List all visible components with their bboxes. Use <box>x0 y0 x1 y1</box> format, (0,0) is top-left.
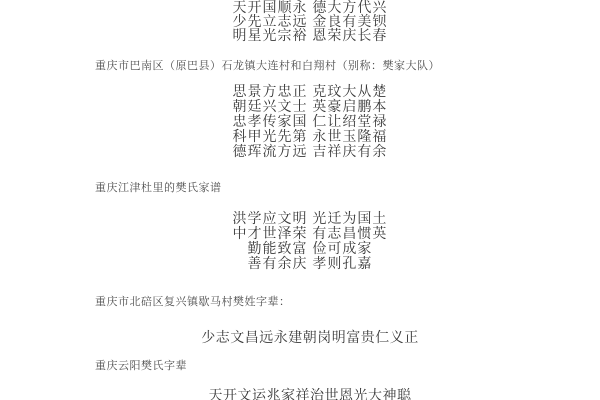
verse-line-beibei: 少志文昌远永建朝岗明富贵仁义正 <box>20 330 600 345</box>
verse-line: 少先立志远 金良有美钡 <box>20 14 600 28</box>
verse-line: 朝廷兴文士 英豪启鹏本 <box>20 99 600 114</box>
verse-line: 明星光宗裕 恩荣庆长春 <box>20 28 600 42</box>
verse-line: 德珲流方远 吉祥庆有余 <box>20 144 600 159</box>
verse-line: 勤能致富 俭可成家 <box>20 241 600 256</box>
verse-line: 天开国顺永 德大方代兴 <box>20 0 600 14</box>
verse-line: 思景方忠正 克玟大从楚 <box>20 84 600 99</box>
section-heading-banan: 重庆市巴南区（原巴县）石龙镇大连村和白翔村（别称：樊家大队） <box>95 60 590 73</box>
section-heading-yunyang: 重庆云阳樊氏字辈 <box>95 360 590 373</box>
verse-block-top: 天开国顺永 德大方代兴 少先立志远 金良有美钡 明星光宗裕 恩荣庆长春 <box>20 0 600 42</box>
section-heading-jiangjin: 重庆江津杜里的樊氏家谱 <box>95 182 590 195</box>
verse-line: 忠孝传家国 仁让绍堂禄 <box>20 114 600 129</box>
verse-line: 中才世泽荣 有志昌惯英 <box>20 226 600 241</box>
genealogy-document-page: 天开国顺永 德大方代兴 少先立志远 金良有美钡 明星光宗裕 恩荣庆长春 重庆市巴… <box>0 0 600 400</box>
section-heading-beibei: 重庆市北碚区复兴镇歇马村樊姓字辈： <box>95 296 590 309</box>
verse-block-banan: 思景方忠正 克玟大从楚 朝廷兴文士 英豪启鹏本 忠孝传家国 仁让绍堂禄 科甲光先… <box>20 84 600 159</box>
verse-line: 科甲光先第 永世玉隆福 <box>20 129 600 144</box>
verse-line-yunyang-cutoff: 天开文运兆家祥治世恩光大神聪 <box>20 388 600 400</box>
verse-line: 洪学应文明 光迁为国土 <box>20 211 600 226</box>
verse-block-jiangjin: 洪学应文明 光迁为国土 中才世泽荣 有志昌惯英 勤能致富 俭可成家 善有余庆 孝… <box>20 211 600 271</box>
verse-line: 善有余庆 孝则孔嘉 <box>20 256 600 271</box>
